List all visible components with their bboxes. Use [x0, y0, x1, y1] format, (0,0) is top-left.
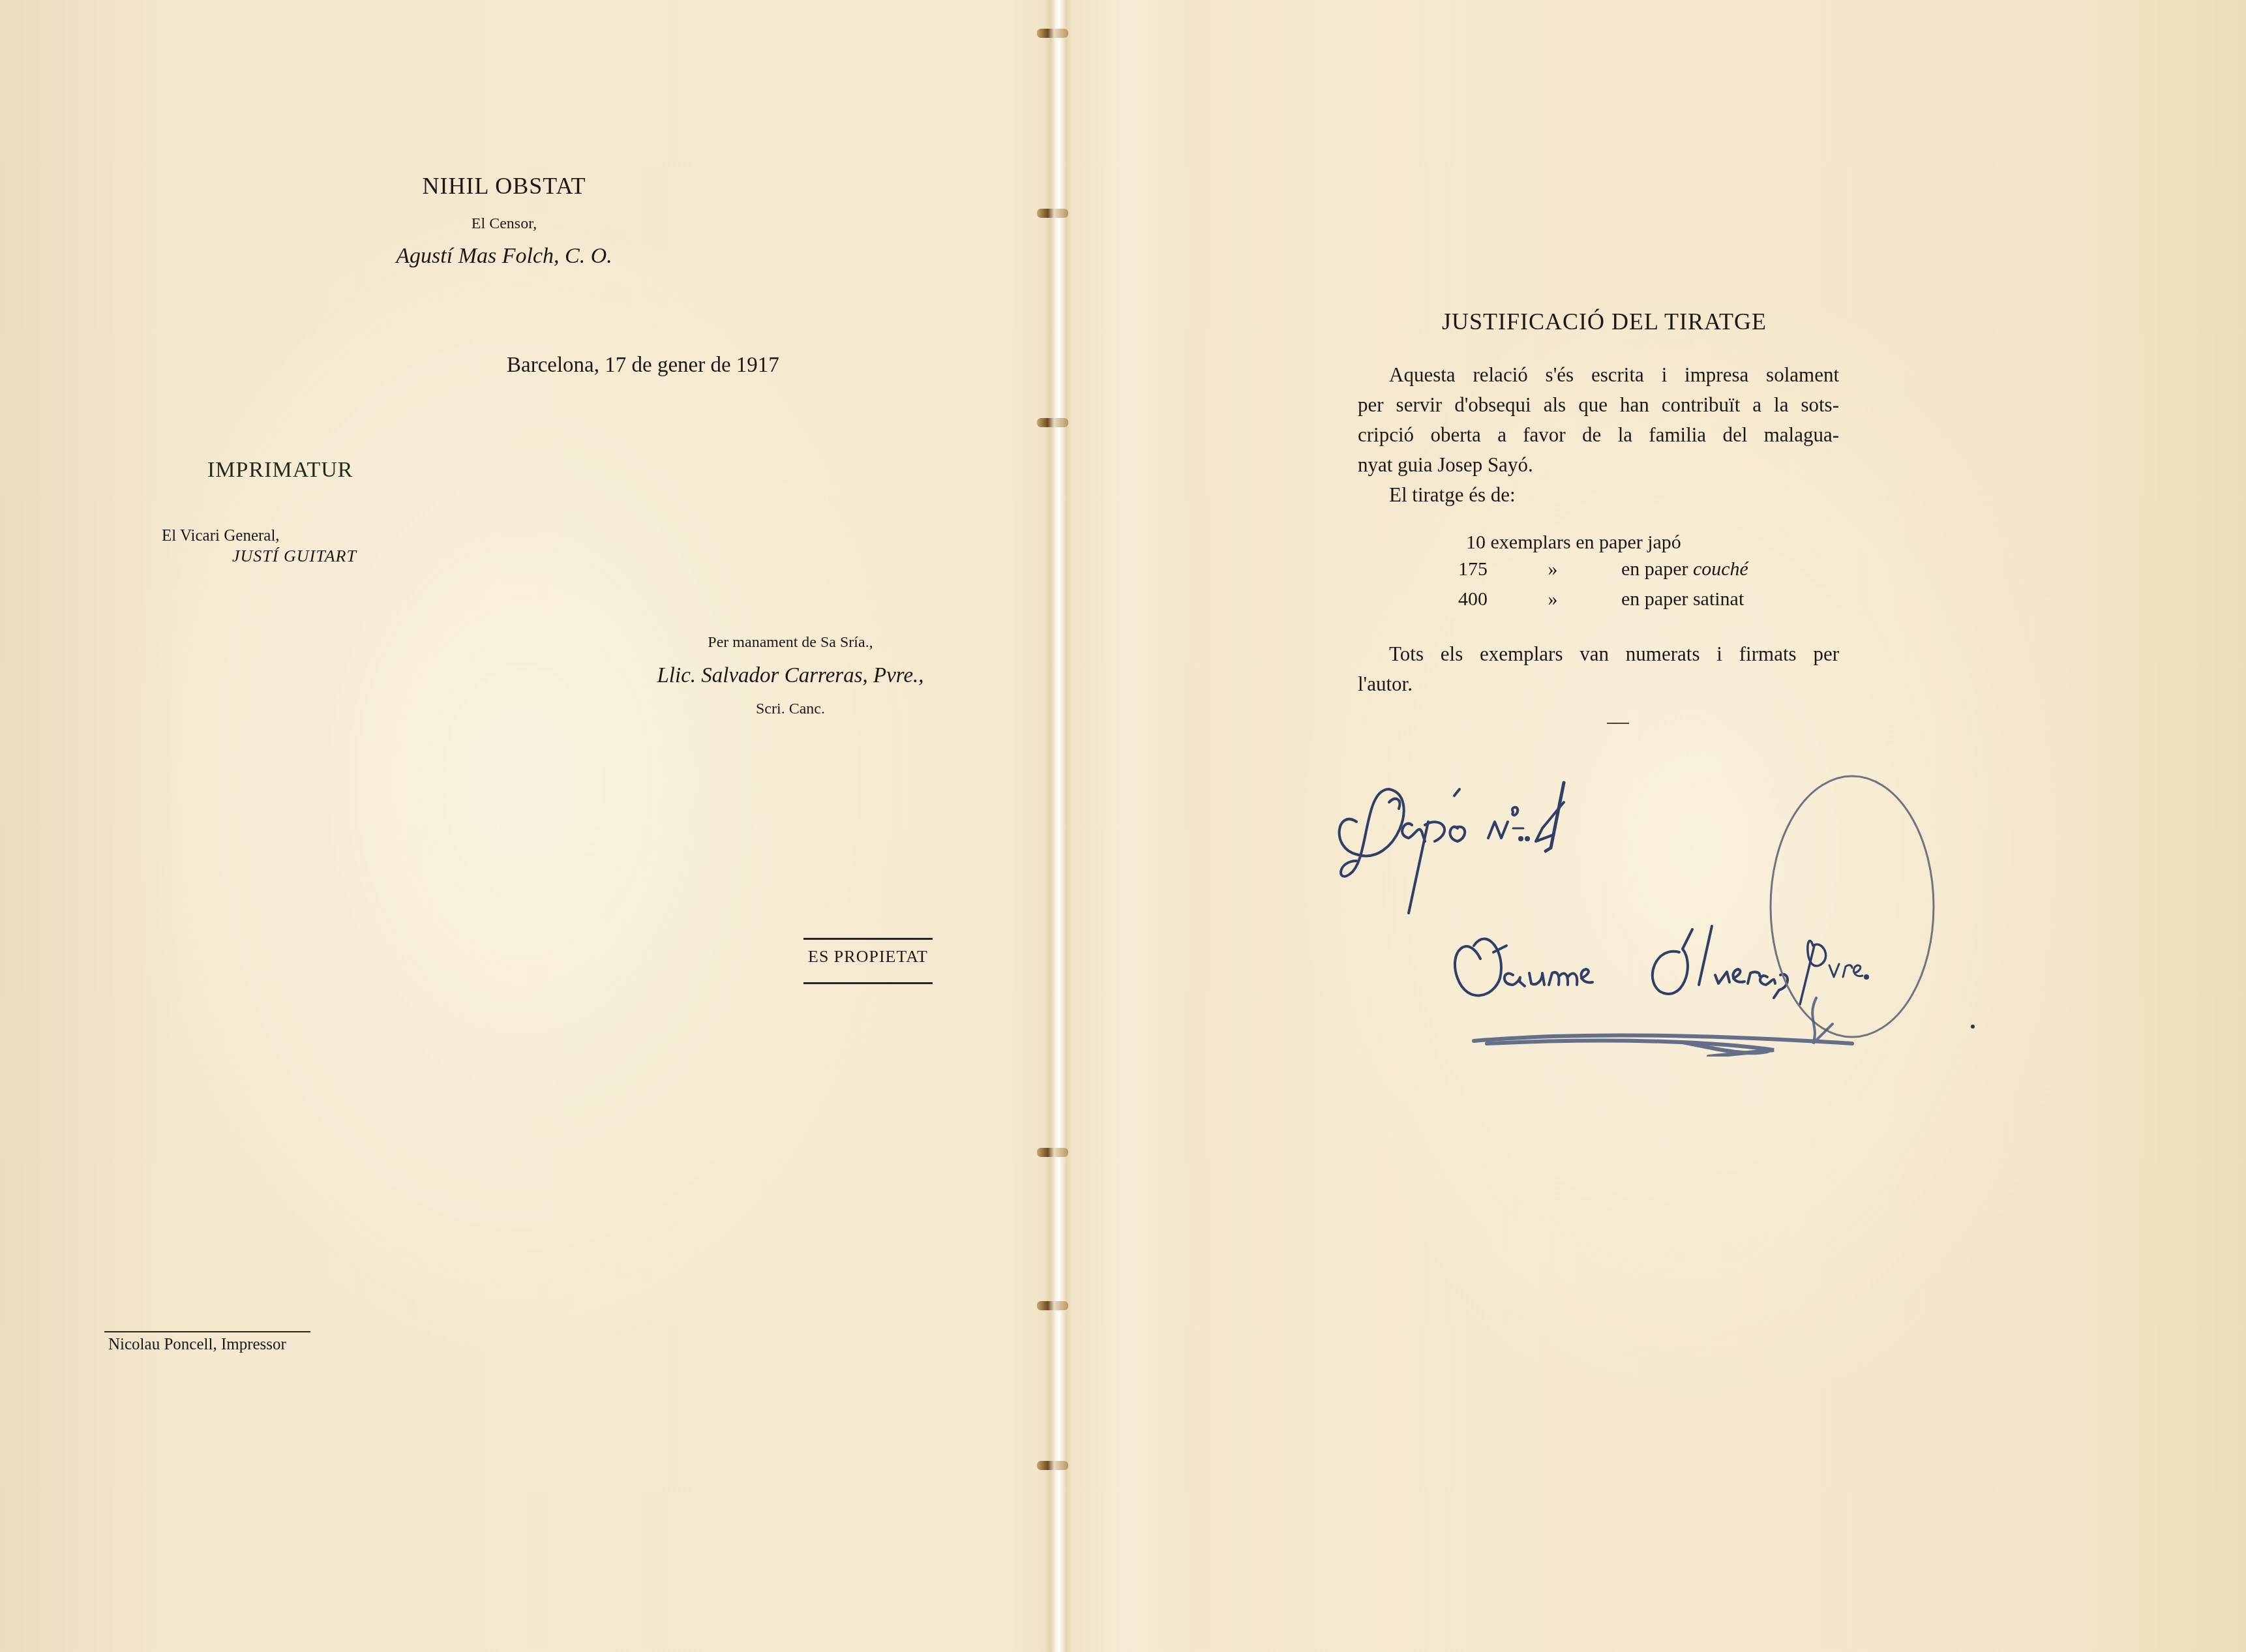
- vicar-name: JUSTÍ GUITART: [232, 547, 357, 566]
- imprimatur-heading: IMPRIMATUR: [207, 458, 353, 483]
- closing-paragraph: Tots els exemplars van numerats i firmat…: [1358, 639, 1839, 699]
- handwriting-svg: [1317, 717, 2243, 1057]
- paragraph-line: Aquesta relació s'és escrita i impresa s…: [1358, 360, 1839, 390]
- paragraph-line: cripció oberta a favor de la familia del…: [1358, 420, 1839, 450]
- copy-description: exemplars en paper japó: [1491, 532, 1681, 553]
- book-spine: [1043, 0, 1072, 1652]
- binding-stitch: [1037, 29, 1068, 38]
- closing-line: Tots els exemplars van numerats i firmat…: [1358, 639, 1839, 669]
- binding-stitch: [1037, 418, 1068, 427]
- left-page: NIHIL OBSTAT El Censor, Agustí Mas Folch…: [0, 0, 1050, 1652]
- copy-description-italic: couché: [1693, 558, 1748, 580]
- chancellor-name: Llic. Salvador Carreras, Pvre.,: [657, 664, 923, 688]
- copy-description: en paper satinat: [1621, 588, 1744, 610]
- binding-stitch: [1037, 1148, 1068, 1157]
- copy-count: 400: [1458, 588, 1517, 610]
- printer-rule: [104, 1331, 310, 1332]
- binding-stitch: [1037, 1461, 1068, 1470]
- paragraph-line: nyat guia Josep Sayó.: [1358, 450, 1839, 480]
- copy-count: 175: [1458, 558, 1517, 580]
- copyright-rule-top: [803, 938, 933, 940]
- paragraph-line: per servir d'obsequi als que han contrib…: [1358, 390, 1839, 420]
- print-run-row-japo: 10 exemplars en paper japó: [1466, 532, 1681, 554]
- copy-description: en paper: [1621, 558, 1693, 580]
- chancellor-role: Scri. Canc.: [756, 700, 825, 718]
- censor-name: Agustí Mas Folch, C. O.: [396, 244, 612, 269]
- book-spread: NIHIL OBSTAT El Censor, Agustí Mas Folch…: [0, 0, 2246, 1652]
- copyright-notice: ES PROPIETAT: [808, 947, 928, 967]
- copy-count: 10: [1466, 532, 1486, 553]
- ditto-mark: »: [1522, 588, 1617, 610]
- closing-line: l'autor.: [1358, 669, 1839, 699]
- binding-stitch: [1037, 209, 1068, 218]
- censor-role: El Censor,: [472, 215, 537, 233]
- copyright-rule-bottom: [803, 982, 933, 984]
- print-run-intro: El tiratge és de:: [1358, 480, 1839, 510]
- print-run-paragraph: Aquesta relació s'és escrita i impresa s…: [1358, 360, 1839, 510]
- printer-credit: Nicolau Poncell, Impressor: [108, 1336, 286, 1354]
- print-run-row-couche: 175 » en paper couché: [1458, 558, 1748, 580]
- binding-stitch: [1037, 1301, 1068, 1310]
- ditto-mark: »: [1522, 558, 1617, 580]
- mandate-line: Per manament de Sa Sría.,: [708, 634, 873, 652]
- vicar-role: El Vicari General,: [162, 527, 280, 545]
- nihil-obstat-heading: NIHIL OBSTAT: [423, 172, 586, 200]
- print-run-title: JUSTIFICACIÓ DEL TIRATGE: [1442, 308, 1767, 335]
- right-page: JUSTIFICACIÓ DEL TIRATGE Aquesta relació…: [1070, 0, 2246, 1652]
- place-date: Barcelona, 17 de gener de 1917: [507, 353, 779, 378]
- print-run-row-satinat: 400 » en paper satinat: [1458, 588, 1744, 610]
